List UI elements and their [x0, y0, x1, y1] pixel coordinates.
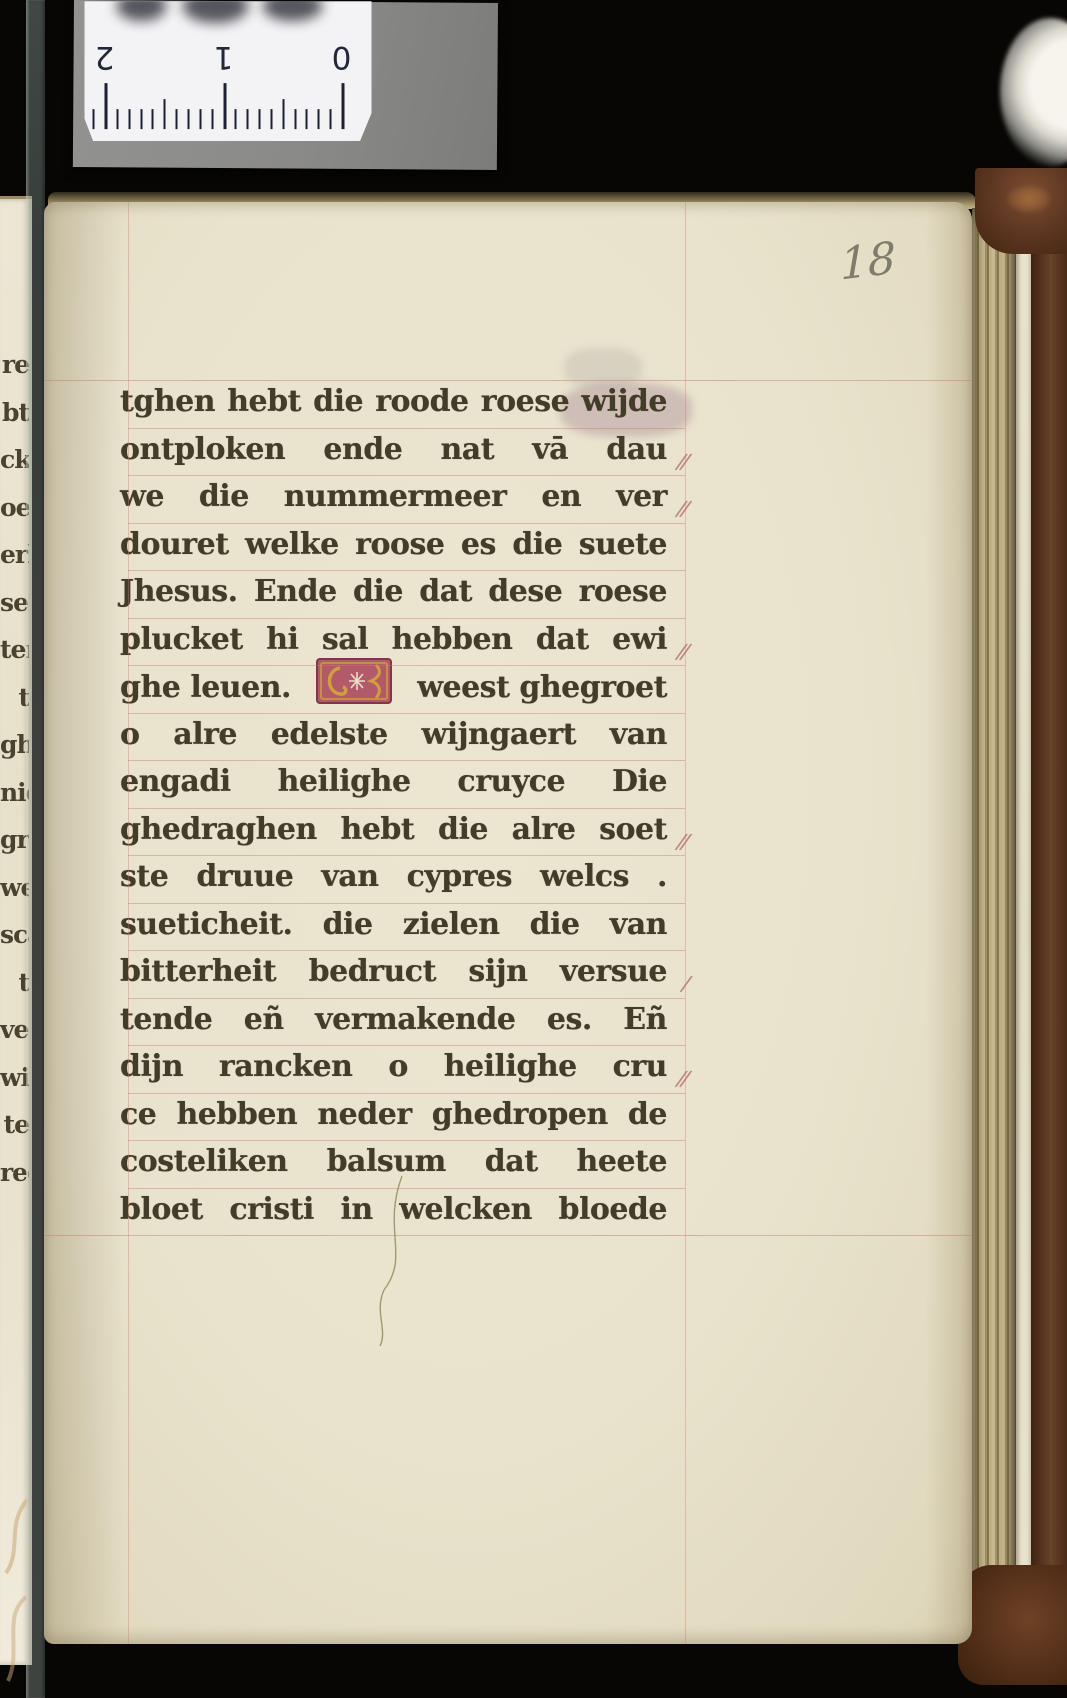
fore-edge-shadow [926, 202, 972, 1644]
ruler-tick [176, 109, 178, 129]
ruler-sticker: 210 [85, 1, 372, 141]
ruling-line-horizontal [128, 808, 685, 809]
line-text: ontploken ende nat vā dau [120, 432, 667, 467]
line-text: tghen hebt die roode roese wijde [120, 384, 667, 419]
manuscript-text-line: Jhesus. Ende die dat dese roese [120, 569, 667, 617]
ruler-number: 2 [88, 41, 122, 75]
facing-page-text-fragment: cke [0, 440, 29, 482]
ruler-tick [152, 109, 154, 129]
line-text: we die nummermeer en ver [120, 479, 667, 514]
facing-page-text-fragment: wels [0, 868, 29, 910]
facing-page-text-fragment: t dn [0, 678, 29, 720]
manuscript-text-line: o alre edelste wijngaert van [120, 712, 667, 760]
ruler-tick [318, 109, 320, 129]
facing-page-text-fragment: erh [0, 535, 29, 577]
manuscript-text-line: ghe leuen.weest ghegroet [120, 664, 667, 712]
ruler-tick [140, 109, 142, 129]
ruling-line-horizontal [128, 950, 685, 951]
line-text: plucket hi sal hebben dat ewi [120, 622, 667, 657]
line-text: o alre edelste wijngaert van [120, 717, 667, 752]
ruler-tick [164, 99, 166, 129]
illuminated-ornament [316, 658, 392, 718]
ruler-number: 1 [206, 41, 240, 75]
line-text: tende eñ vermakende es. Eñ [120, 1002, 667, 1037]
blurred-label [117, 0, 167, 21]
leather-highlight [1008, 186, 1050, 212]
red-line-filler-mark: // [669, 629, 696, 675]
ruling-line-horizontal [128, 618, 685, 619]
manuscript-text-line: engadi heilighe cruyce Die [120, 759, 667, 807]
stray-hair-fiber [344, 1170, 414, 1350]
line-text: engadi heilighe cruyce Die [120, 764, 667, 799]
facing-page-text-fragment: red [0, 1153, 29, 1195]
ruling-line-vertical [128, 202, 129, 1644]
line-text: ghedraghen hebt die alre soet [120, 812, 667, 847]
line-text-after-ornament: weest ghegroet [417, 665, 667, 711]
facing-page-text-fragment: nick [0, 773, 29, 815]
manuscript-text-line: tghen hebt die roode roese wijde [120, 379, 667, 427]
leather-binding-bottom-corner [958, 1565, 1067, 1685]
facing-page-text-fragment: sen [0, 583, 29, 625]
manuscript-page: 18 tghen hebt die roode roese wijdeontpl… [44, 202, 972, 1644]
line-text: sueticheit. die zielen die van [120, 907, 667, 942]
ruler-tick [128, 109, 130, 129]
manuscript-photo-scene: rebtckeoesterhsentent dnghenickgrewelssc… [0, 0, 1067, 1698]
red-line-filler-mark: // [669, 1056, 696, 1102]
ruler-tick [330, 109, 332, 129]
facing-page-text-fragment: re [0, 345, 29, 387]
facing-page-text-fragment: wit [0, 1058, 29, 1100]
manuscript-text-line: we die nummermeer en ver// [120, 474, 667, 522]
ruler-tick [259, 109, 261, 129]
ruling-line-horizontal [128, 1093, 685, 1094]
ruler-tick [199, 109, 201, 129]
line-text: ce hebben neder ghedropen de [120, 1097, 667, 1132]
ruling-line-horizontal [128, 713, 685, 714]
red-line-filler-mark: // [669, 439, 696, 485]
fore-edge-page-stack [972, 208, 1016, 1640]
manuscript-text-line: ghedraghen hebt die alre soet// [120, 807, 667, 855]
facing-page-text-fragment: bt [0, 393, 29, 435]
page-weight-cotton [1000, 18, 1067, 166]
facing-page-text-fragment: t hi [0, 963, 29, 1005]
ruler-tick [187, 109, 189, 129]
facing-page-text-fragment: te re [0, 1105, 29, 1147]
ruler-tick [235, 109, 237, 129]
ruler-tick [223, 83, 226, 129]
line-text-before-ornament: ghe leuen. [120, 665, 291, 711]
ruling-line-horizontal [128, 903, 685, 904]
ruling-line-horizontal [128, 760, 685, 761]
ruler-tick [342, 83, 345, 129]
ruler-tick [282, 99, 284, 129]
line-text: Jhesus. Ende die dat dese roese [120, 574, 667, 609]
ruler-tick [211, 109, 213, 129]
ruling-line-horizontal [128, 665, 685, 666]
facing-page-text-fragment: ver [0, 1010, 29, 1052]
ruler-number: 0 [325, 41, 359, 75]
facing-page-text-fragment: ghe [0, 725, 29, 767]
ruling-line-horizontal [128, 523, 685, 524]
ruler-tick [294, 109, 296, 129]
gutter-shadow [44, 202, 124, 1644]
manuscript-text-line: dijn rancken o heilighe cru// [120, 1044, 667, 1092]
ruler-tick [306, 109, 308, 129]
manuscript-text-line: bitterheit bedruct sijn versue/ [120, 949, 667, 997]
manuscript-text-line: douret welke roose es die suete [120, 522, 667, 570]
blurred-label [183, 0, 249, 23]
ruling-line-horizontal [44, 380, 972, 381]
leather-binding [1031, 168, 1067, 1680]
ruler-tick [105, 83, 108, 129]
ruling-line-horizontal [128, 475, 685, 476]
ruling-line-horizontal [128, 570, 685, 571]
blurred-label [263, 0, 323, 21]
manuscript-text-line: ontploken ende nat vā dau// [120, 427, 667, 475]
ruling-line-horizontal [44, 1235, 972, 1236]
ruling-line-vertical [685, 202, 686, 1644]
facing-page-text-fragment: oest [0, 488, 29, 530]
line-text: douret welke roose es die suete [120, 527, 667, 562]
glass-clamp-strip [26, 0, 45, 1698]
folio-number: 18 [840, 232, 896, 290]
ruling-line-horizontal [128, 998, 685, 999]
manuscript-text-line: tende eñ vermakende es. Eñ [120, 997, 667, 1045]
ruling-line-horizontal [128, 428, 685, 429]
ruler-card: 210 [73, 0, 498, 170]
ruler-tick [270, 109, 272, 129]
ruling-line-horizontal [128, 1188, 685, 1189]
manuscript-text-line: ce hebben neder ghedropen de [120, 1092, 667, 1140]
ruling-line-horizontal [128, 1045, 685, 1046]
manuscript-text-line: ste druue van cypres welcs . [120, 854, 667, 902]
line-text: ste druue van cypres welcs . [120, 859, 667, 894]
ruler-tick [116, 109, 118, 129]
line-text: dijn rancken o heilighe cru [120, 1049, 667, 1084]
manuscript-text-line: sueticheit. die zielen die van [120, 902, 667, 950]
ruler-tick [247, 109, 249, 129]
manuscript-text-line: plucket hi sal hebben dat ewi// [120, 617, 667, 665]
red-line-filler-mark: // [669, 819, 696, 865]
ruling-line-horizontal [128, 1140, 685, 1141]
ruling-line-horizontal [128, 855, 685, 856]
ruler-tick [93, 109, 95, 129]
red-line-filler-mark: // [669, 486, 696, 532]
facing-page-text-fragment: scat [0, 915, 29, 957]
line-text: bitterheit bedruct sijn versue [120, 954, 667, 989]
facing-page-text-fragment: ten [0, 630, 29, 672]
facing-page-text-fragment: gre [0, 820, 29, 862]
